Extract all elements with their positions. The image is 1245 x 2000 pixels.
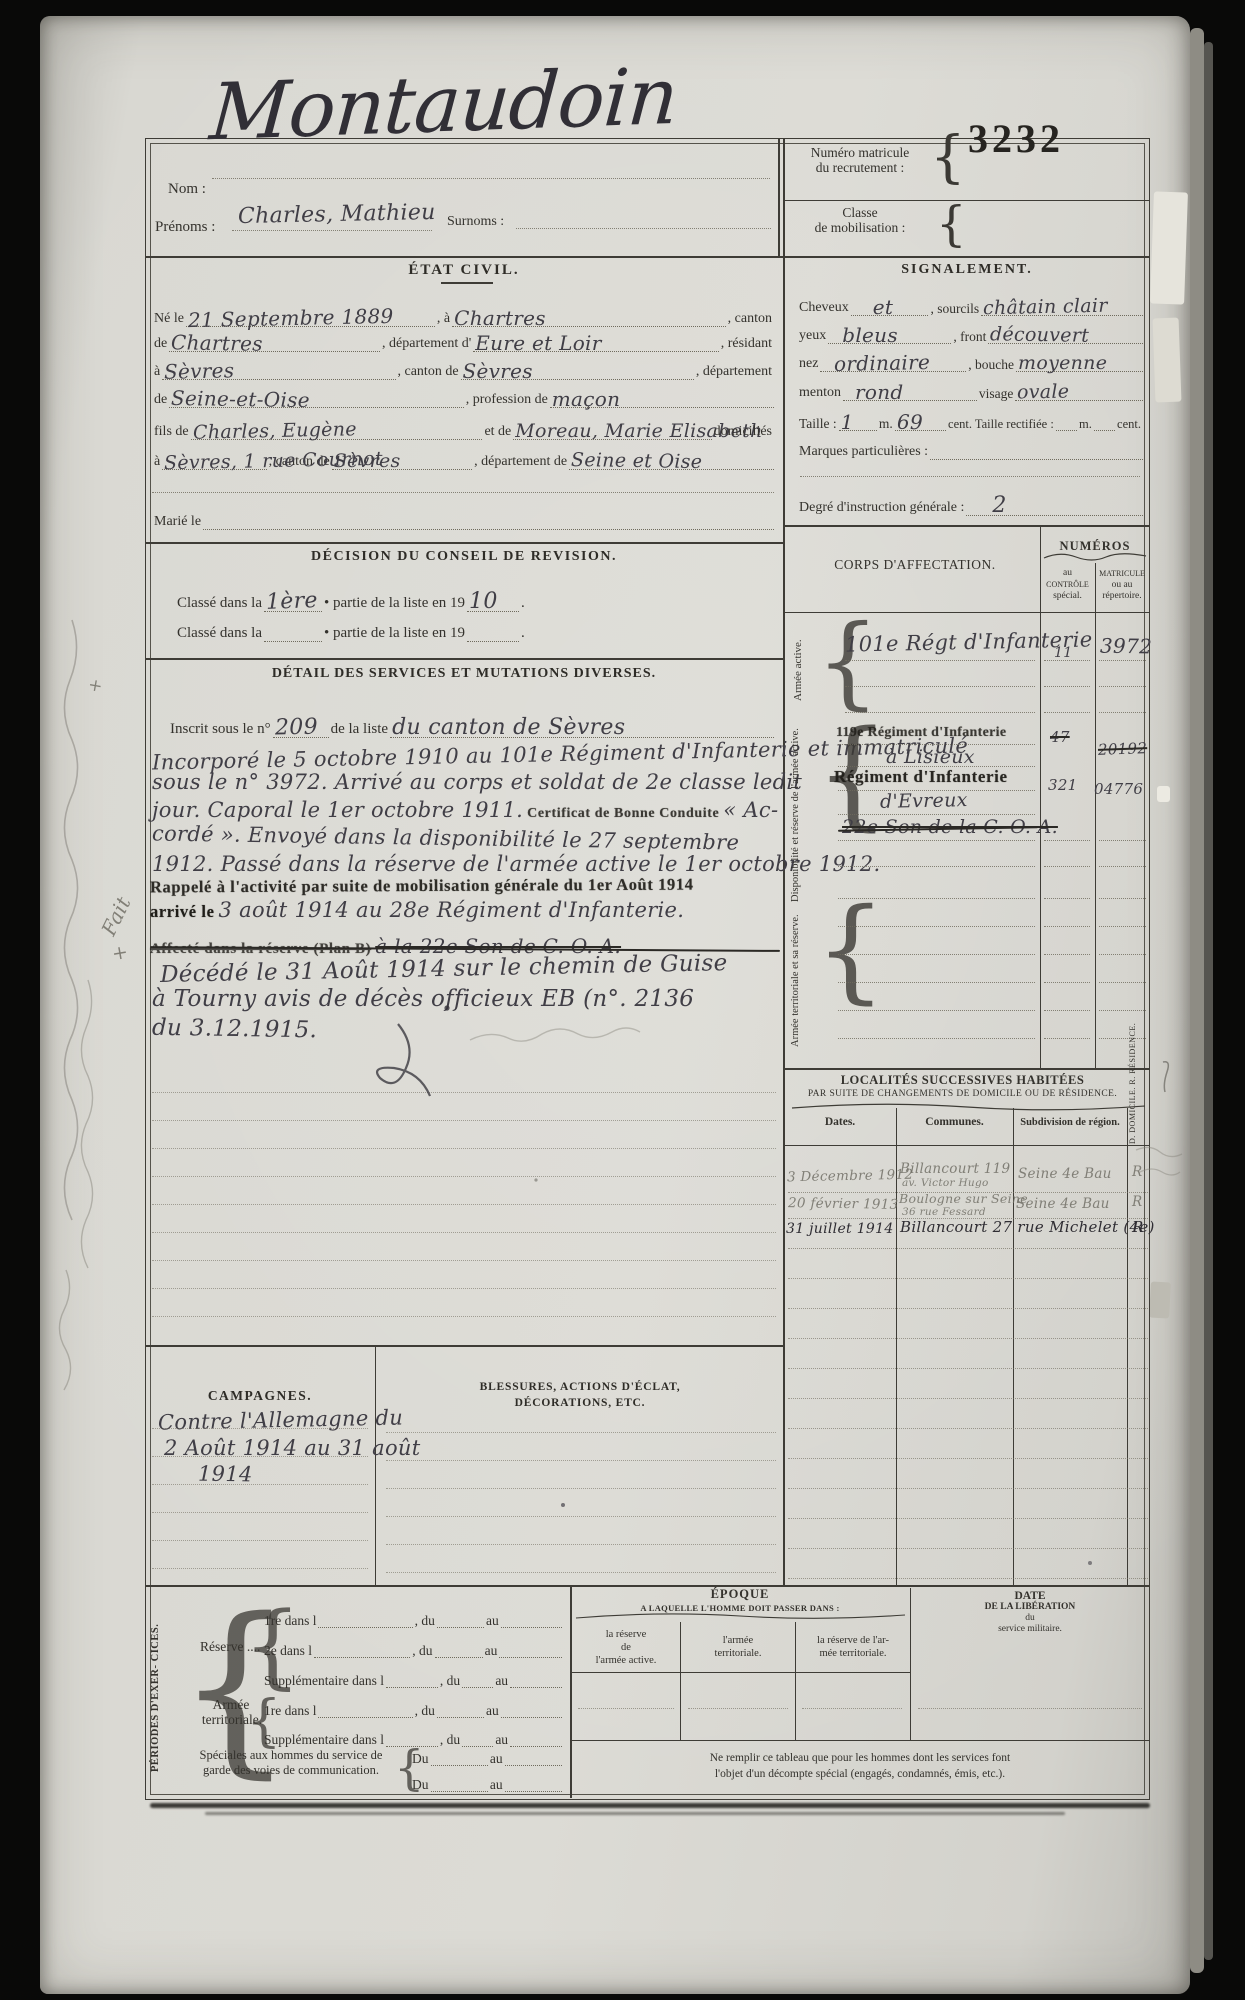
signalement-taille: Taille : 1 m. 69 cent. Taille rectifiée … [797,407,1143,431]
residence-departement-field: Seine-et-Oise [169,389,464,408]
localites-header-rule [783,1145,1150,1146]
dom-label: D. DOMICILE. [1128,1087,1137,1144]
corps-ruled [1044,982,1090,983]
loc-ruled [788,1398,1148,1399]
loc-ruled [788,1488,1148,1489]
services-line-5: 1912. Passé dans la réserve de l'armée a… [152,854,880,875]
label: , département [696,365,772,380]
prenoms-value: Charles, Mathieu [238,202,436,228]
header-bottom-rule [145,256,1150,258]
du: , du [415,1614,435,1628]
epoque-col-2: l'armée territoriale. [684,1634,792,1660]
field [510,1746,562,1747]
field [499,1657,562,1658]
l2: mée territoriale. [819,1648,886,1659]
field [437,1627,484,1628]
l2: CICES. [150,1624,161,1662]
l2: ou au [1112,580,1133,590]
l3: l'armée active. [596,1655,657,1666]
loc-ruled [788,1248,1148,1249]
label: de [154,393,167,408]
label: Classé dans la [177,596,262,612]
signalement-menton: menton rond visage ovale [797,375,1143,401]
yeux-field: bleus [828,325,951,344]
brace-armee-active: { [816,612,880,712]
field [501,1717,562,1718]
field [437,1717,484,1718]
cheveux-field: et [851,297,929,316]
corps-ruled [838,926,1035,927]
corps-ruled [1044,686,1090,687]
loc-row1-commune-2: av. Victor Hugo [902,1178,989,1189]
blank-ruled-line [152,492,774,493]
blessures-title-2: DÉCORATIONS, ETC. [400,1397,760,1409]
decision-line-2: Classé dans la • partie de la liste en 1… [175,618,645,642]
label: • partie de la liste en 19 [324,626,465,642]
loc-row3-date: 31 juillet 1914 [786,1222,894,1236]
underlying-page-edge [1190,28,1204,1973]
corps-ruled [1099,898,1146,899]
surnoms-label: Surnoms : [447,215,504,230]
ruled [802,1708,902,1709]
field [462,1687,493,1688]
matricule-label-1: Numéro matricule [786,146,934,160]
field [314,1657,410,1658]
etat-civil-underline [441,282,493,284]
services-arrive-line: arrivé le 3 août 1914 au 28e Régiment d'… [150,900,684,922]
corps-ruled [838,1038,1035,1039]
campagnes-line-1: Contre l'Allemagne du [158,1407,403,1433]
corps-ruled [1099,982,1146,983]
classe-label-1: Classe [786,206,934,220]
paper-slip [1157,786,1170,802]
menton-field: rond [843,382,977,401]
label: , département de [474,455,567,470]
label: Né le [154,312,184,327]
speciales-line-2: Du au [410,1774,562,1792]
marie-field [203,529,774,530]
etat-civil-line-5: fils de Charles, Eugène et de Moreau, Ma… [152,414,774,440]
corps-ruled [838,954,1035,955]
corps-ruled [838,814,1035,815]
punct: . [521,626,525,642]
corps-ruled [1044,866,1090,867]
date-col-line [910,1588,911,1740]
l1: l'armée [723,1635,753,1646]
loc-ruled [788,1278,1148,1279]
label: Classé dans la [177,626,262,642]
taille-rect-cm [1094,430,1115,431]
label: , département d' [382,337,471,352]
degre-label: Degré d'instruction générale : [799,501,964,516]
reserve-line-2: 2e dans l , du au [262,1638,562,1658]
margin-plus-mark: + [87,677,104,696]
nez-label: nez [799,357,818,372]
corps-ruled [838,840,1035,841]
blank-ruled-line [800,476,1140,477]
label: , résidant [721,337,772,352]
corps-ruled [1044,926,1090,927]
corps-row3-name-stamp: Régiment d'Infanterie [834,768,1008,785]
signalement-degre: Degré d'instruction générale : 2 [797,488,1143,516]
decision-title: DÉCISION DU CONSEIL DE REVISION. [264,549,664,565]
au: au [495,1674,508,1688]
field [318,1627,412,1628]
bottom-divider [570,1585,572,1798]
bottom-band-rule [145,1585,1150,1587]
visage-field: ovale [1015,383,1143,401]
col-dates: Dates. [786,1116,894,1128]
text: « Ac- [723,798,778,822]
services-inscrit-line: Inscrit sous le n° 209 de la liste du ca… [168,706,774,738]
birth-date-field: 21 Septembre 1889 [186,308,435,327]
corps-ruled [1099,660,1146,661]
du: , du [440,1674,460,1688]
front-field: découvert [988,326,1143,344]
ruled [152,1568,368,1569]
corps-ruled [838,766,1035,767]
localites-top-rule [783,1068,1150,1070]
signalement-cheveux: Cheveux et , sourcils châtain clair [797,290,1143,316]
loc-ruled [788,1548,1148,1549]
liste-label: de la liste [331,722,388,738]
partie-field: 1ère [264,591,322,612]
ruled [386,1432,776,1433]
col-subdivision: Subdivision de région. [1015,1117,1125,1128]
loc-ruled [788,1458,1148,1459]
annee-field-2 [467,641,519,642]
loc-row1-commune-1: Billancourt 119 [900,1163,1010,1177]
corps-ruled [838,790,1035,791]
du: , du [412,1644,432,1658]
field [510,1687,562,1688]
field [431,1791,488,1792]
decision-line-1: Classé dans la 1ère • partie de la liste… [175,580,645,612]
corps-ruled [1099,840,1146,841]
ruled [152,1428,368,1429]
signalement-marques: Marques particulières : [797,438,1143,460]
label: 2e dans l [264,1644,312,1658]
signalement-nez: nez ordinaire , bouche moyenne [797,346,1143,372]
l1: PÉRIODES D'EXER- [150,1665,161,1772]
corps-ruled [1099,712,1146,713]
speciales-label-1: Spéciales aux hommes du service de [186,1749,396,1762]
du: , du [415,1704,435,1718]
corps-ruled [1099,954,1146,955]
loc-ruled [788,1518,1148,1519]
note-line-1: Ne remplir ce tableau que pour les homme… [575,1752,1145,1764]
corps-row3-sub: d'Evreux [880,791,968,812]
l1: la réserve de l'ar- [817,1635,889,1646]
classe-brace: { [936,200,967,248]
date-liberation-1: DATE [914,1590,1146,1602]
au: au [495,1733,508,1747]
bottom-ink-smear [150,1803,1150,1808]
field [505,1765,562,1766]
label: • partie de la liste en 19 [324,596,465,612]
epoque-subtitle: A LAQUELLE L'HOMME DOIT PASSER DANS : [575,1604,905,1613]
ruled [152,1540,368,1541]
label: Supplémentaire dans l [264,1733,384,1747]
au: au [486,1704,499,1718]
corps-row3-ctrl: 321 [1048,778,1078,793]
partie-field-2 [264,641,322,642]
etat-civil-title: ÉTAT CIVIL. [264,262,664,279]
underlying-page-edge-2 [1204,42,1213,1960]
corps-ruled [845,660,1035,661]
deces-line-3: du 3.12.1915. [152,1017,317,1043]
corps-ruled [1044,712,1090,713]
corps-ruled [1044,1038,1090,1039]
label: , profession de [466,393,548,408]
name-cursive: Montaudoin [207,58,679,153]
territoriale-line-1: 1re dans l , du au [262,1698,562,1718]
ruled [152,1484,368,1485]
ruled [578,1708,674,1709]
corps-ruled [1044,1010,1090,1011]
speciales-line-1: Du au [410,1748,562,1766]
corps-ruled [1099,1038,1146,1039]
cm-unit-2: cent. [1117,418,1141,431]
sourcils-field: châtain clair [981,298,1143,316]
du: Du [412,1778,429,1792]
date-liberation-3: du [914,1614,1146,1624]
loc-row2-dr: R [1132,1196,1142,1210]
label: de [154,337,167,352]
corps-ruled [1044,840,1090,841]
marques-label: Marques particulières : [799,445,928,460]
scanned-military-record: { "glyphs": { "brace": "{" }, "colors": … [0,0,1245,2000]
etat-civil-line-1: Né le 21 Septembre 1889 , à Chartres , c… [152,301,774,327]
father-name-field: Charles, Eugène [191,422,483,440]
liste-field: du canton de Sèvres [390,717,774,738]
corps-row3-mat: 04776 [1094,782,1143,797]
corps-ruled [1044,898,1090,899]
loc-ruled [788,1368,1148,1369]
matricule-number: 3232 [968,118,1064,160]
epoque-col-3: la réserve de l'ar- mée territoriale. [799,1634,907,1660]
label: , canton [728,312,772,327]
field [431,1765,488,1766]
blank-ruled-line [152,1176,776,1177]
birth-place-field: Chartres [452,308,726,327]
decision-top-rule [145,542,783,544]
corps-ruled [1044,954,1090,955]
l3: spécial. [1053,591,1082,601]
corps-title: CORPS D'AFFECTATION. [800,558,1030,572]
loc-row2-commune-2: 36 rue Fessard [902,1207,986,1218]
campagnes-line-3: 1914 [198,1464,253,1486]
taille-rect-m [1056,430,1077,431]
date-liberation-4: service militaire. [914,1625,1146,1635]
corps-row2-sub: à Lisieux [886,748,975,767]
corps-ruled [1099,926,1146,927]
du: , du [440,1733,460,1747]
taille-m-field: 1 [839,412,877,431]
ruled [386,1544,776,1545]
margin-plus-mark-2: + [110,943,129,965]
label: , canton de [398,365,459,380]
deces-line-2: à Tourny avis de décès officieux EB (n°.… [152,988,694,1011]
label: 1re dans l [264,1614,316,1628]
speciales-label-2: garde des voies de communication. [186,1764,396,1777]
corps-row1-ctrl: 11 [1054,646,1072,660]
arrive-stamp: arrivé le [150,902,215,921]
field [386,1687,438,1688]
corps-ruled [1099,686,1146,687]
brace-territoriale: { [815,894,886,1006]
campagnes-title: CAMPAGNES. [160,1388,360,1404]
blank-ruled-line [152,1288,776,1289]
label: 1re dans l [264,1704,316,1718]
localites-col-line [1013,1108,1014,1585]
corps-ruled [838,744,1035,745]
note-top-rule [570,1740,1150,1741]
label: Supplémentaire dans l [264,1674,384,1688]
l2: territoriale. [715,1648,762,1659]
l1: MATRICULE [1099,569,1145,578]
services-line-2: sous le n° 3972. Arrivé au corps et sold… [152,772,802,793]
label: , à [437,312,450,327]
field [462,1746,493,1747]
punct: . [521,596,525,612]
corps-ruled [838,898,1035,899]
controle-col-header: au CONTRÔLE spécial. [1041,568,1094,602]
corps-ruled [1099,866,1146,867]
epoque-col-1: la réserve de l'armée active. [574,1628,678,1667]
au: au [490,1778,503,1792]
departement-field: Eure et Loir [473,333,718,352]
ruled [386,1488,776,1489]
field [501,1627,562,1628]
bouche-label: , bouche [968,358,1014,372]
ruled [688,1708,788,1709]
loc-row2-commune-1: Boulogne sur Seine [899,1193,1028,1206]
etat-civil-line-2: de Chartres , département d' Eure et Loi… [152,326,774,352]
corps-ruled [1099,1010,1146,1011]
blank-ruled-line [152,1120,776,1121]
nom-ruled-line [212,178,770,179]
loc-row2-date: 20 février 1913 [788,1197,899,1212]
sourcils-label: , sourcils [930,302,979,316]
paper-slip [1150,191,1188,304]
blank-ruled-line [152,1148,776,1149]
nez-field: ordinaire [820,353,966,372]
cheveux-label: Cheveux [799,301,849,316]
field [505,1791,562,1792]
marie-line: Marié le [152,506,774,530]
residence-canton-field: Sèvres [461,361,694,380]
label: domiciliés [714,425,772,440]
loc-row1-date: 3 Décembre 1912 [787,1169,914,1185]
ruled [386,1460,776,1461]
matricule-brace: { [930,130,966,186]
prenoms-label: Prénoms : [155,220,215,236]
l2: CONTRÔLE [1046,580,1089,589]
field [318,1717,412,1718]
loc-row3-dr: R [1132,1220,1144,1235]
ruled [386,1516,776,1517]
corps-col-line-2 [1095,563,1096,1068]
label: fils de [154,425,189,440]
ruled [386,1572,776,1573]
arrive-value: 3 août 1914 au 28e Régiment d'Infanterie… [219,898,685,922]
epoque-header-rule [570,1672,910,1673]
reserve-line-1: 1re dans l , du au [262,1608,562,1628]
l3: répertoire. [1102,591,1141,601]
matricule-label-2: du recrutement : [786,161,934,175]
label: à [154,455,160,470]
visage-label: visage [979,387,1014,401]
marie-label: Marié le [154,515,201,530]
paper-slip [1153,318,1182,403]
services-line-3: jour. Caporal le 1er octobre 1911. Certi… [152,800,778,822]
corps-row2-ctrl-struck: 47 [1050,730,1070,745]
etat-civil-line-4: de Seine-et-Oise , profession de maçon [152,382,774,408]
l1: au [1063,568,1072,578]
services-top-rule [145,658,783,660]
canton-field: Chartres [169,333,380,352]
loc-ruled [788,1428,1148,1429]
text: jour. Caporal le 1er octobre 1911. [152,798,523,822]
signalement-title: SIGNALEMENT. [817,262,1117,278]
field [435,1657,483,1658]
parents-departement-field: Seine et Oise [569,452,774,470]
loc-row1-dr: R [1132,1166,1142,1180]
label: à [154,365,160,380]
ruled [152,1456,368,1457]
epoque-col-line [795,1622,796,1740]
services-title: DÉTAIL DES SERVICES ET MUTATIONS DIVERSE… [264,666,664,682]
profession-field: maçon [550,389,774,408]
campagnes-top-rule [145,1345,783,1347]
localites-title: LOCALITÉS SUCCESSIVES HABITÉES [790,1074,1135,1087]
loc-ruled [788,1338,1148,1339]
bonne-conduite-stamp: Certificat de Bonne Conduite [527,806,719,821]
blessures-title-1: BLESSURES, ACTIONS D'ÉCLAT, [400,1381,760,1393]
mobilisation-stamp: Rappelé à l'activité par suite de mobili… [150,877,694,896]
taille-cm-field: 69 [895,412,946,431]
blank-ruled-line [152,1204,776,1205]
corps-row2-mat-struck: 20192 [1098,741,1148,758]
signalement-yeux: yeux bleus , front découvert [797,318,1143,344]
corps-ruled [1044,660,1090,661]
matricule-col-header: MATRICULE ou au répertoire. [1096,568,1148,602]
l2: de [621,1642,631,1653]
du: Du [412,1752,429,1766]
corps-row1-mat: 3972 [1100,636,1152,657]
corps-ruled [838,866,1035,867]
loc-row3-commune: Billancourt 27 rue Michelet (4e) [900,1220,1155,1235]
res-label: R. RÉSIDENCE. [1128,1023,1137,1085]
l1: la réserve [606,1629,647,1640]
yeux-label: yeux [799,329,826,344]
residence-field: Sèvres [162,361,395,380]
campagnes-divider [375,1345,376,1585]
etat-civil-line-6: à Sèvres, 1 rue Cournot , canton de Sèvr… [152,444,774,470]
loc-ruled [788,1578,1148,1579]
menton-label: menton [799,386,841,401]
corps-ruled [845,686,1035,687]
corps-row2-name-stamp: 119e Régiment d'Infanterie [836,726,1006,740]
ruled [152,1512,368,1513]
classe-label-2: de mobilisation : [786,221,934,235]
au: au [485,1644,498,1658]
localites-subtitle: PAR SUITE DE CHANGEMENTS DE DOMICILE OU … [790,1090,1135,1100]
corps-ruled [838,982,1035,983]
nom-label: Nom : [168,182,206,198]
front-label: , front [953,330,986,344]
